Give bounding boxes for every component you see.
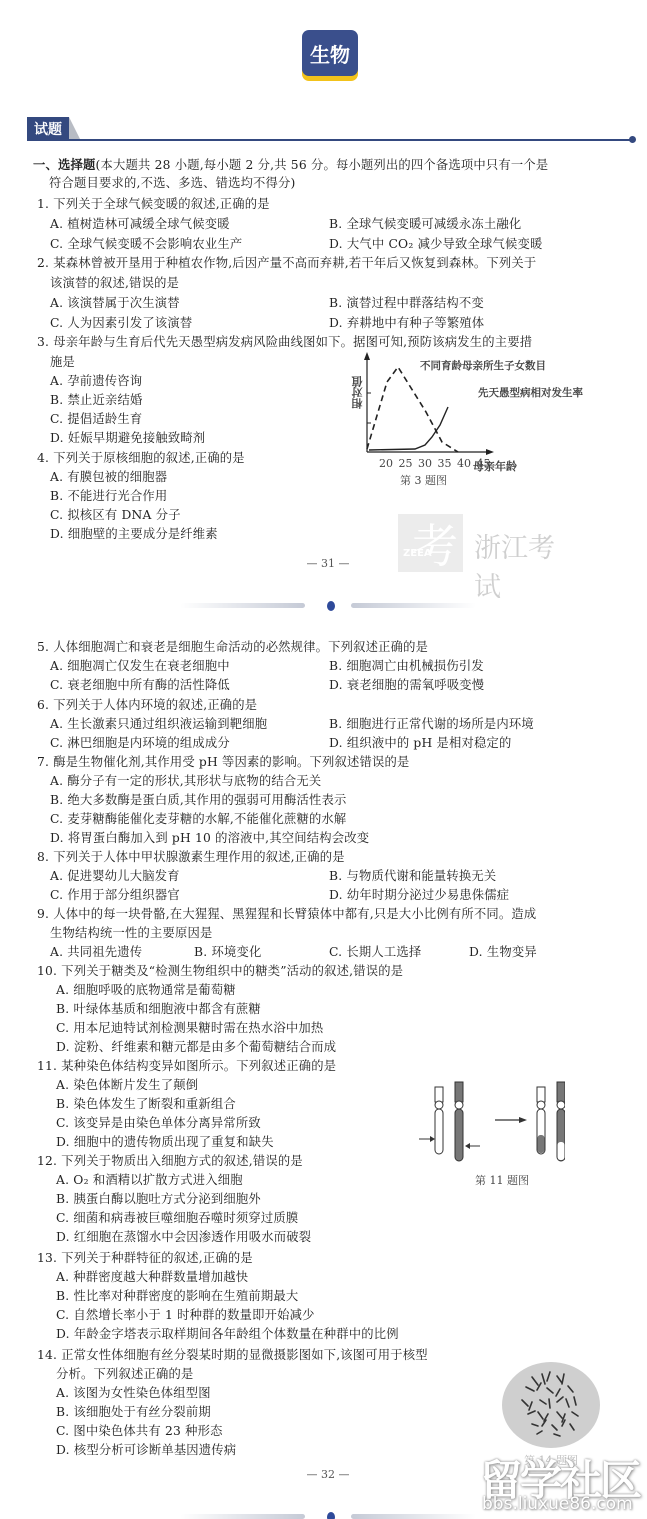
question-1-option-d: D. 大气中 CO₂ 减少导致全球气候变暖 (329, 236, 543, 252)
question-1-option-b: B. 全球气候变暖可减缓永冻土融化 (329, 216, 521, 232)
question-1-option-a: A. 植树造林可减缓全球气候变暖 (50, 216, 230, 232)
question-5-option-b: B. 细胞凋亡由机械损伤引发 (329, 658, 484, 674)
question-6-option-a: A. 生长激素只通过组织液运输到靶细胞 (50, 716, 267, 732)
question-12-option-c: C. 细菌和病毒被巨噬细胞吞噬时须穿过质膜 (56, 1210, 298, 1226)
page-divider-right-2 (351, 1514, 476, 1519)
zeea-logo-icon: 考 ZEEA (398, 514, 463, 572)
page-divider-dot-icon (327, 601, 335, 611)
question-9-stem-line1: 9. 人体中的每一块骨骼,在大猩猩、黑猩猩和长臂猿体中都有,只是大小比例有所不同… (37, 906, 536, 922)
question-4-option-a: A. 有膜包被的细胞器 (50, 469, 167, 485)
question-13-option-b: B. 性比率对种群密度的影响在生殖前期最大 (56, 1288, 298, 1304)
subject-badge: 生物 (302, 30, 358, 76)
question-3-option-b: B. 禁止近亲结婚 (50, 392, 142, 408)
watermark-liuxue86: 留学社区 bbs.liuxue86.com (480, 1448, 647, 1519)
question-2-option-c: C. 人为因素引发了该演替 (50, 315, 192, 331)
question-8-option-b: B. 与物质代谢和能量转换无关 (329, 868, 496, 884)
figure-q11-caption: 第 11 题图 (475, 1172, 529, 1188)
section-divider (69, 139, 632, 141)
figure-q3-series1-label: 不同育龄母亲所生子女数目 (420, 358, 546, 373)
question-7-option-a: A. 酶分子有一定的形状,其形状与底物的结合无关 (50, 773, 321, 789)
figure-q11-chromosome-diagram (415, 1080, 565, 1165)
question-6-option-b: B. 细胞进行正常代谢的场所是内环境 (329, 716, 534, 732)
question-4-option-b: B. 不能进行光合作用 (50, 488, 167, 504)
question-2-stem-line1: 2. 某森林曾被开垦用于种植农作物,后因产量不高而弃耕,若干年后又恢复到森林。下… (37, 255, 536, 271)
question-10-option-b: B. 叶绿体基质和细胞液中都含有蔗糖 (56, 1001, 261, 1017)
question-2-option-b: B. 演替过程中群落结构不变 (329, 295, 484, 311)
figure-q14-micrograph (502, 1362, 600, 1448)
question-4-stem: 4. 下列关于原核细胞的叙述,正确的是 (37, 450, 245, 466)
question-9-option-b: B. 环境变化 (194, 944, 261, 960)
question-6-option-d: D. 组织液中的 pH 是相对稳定的 (329, 735, 512, 751)
question-10-option-c: C. 用本尼迪特试剂检测果糖时需在热水浴中加热 (56, 1020, 323, 1036)
section-tag: 试题 (27, 117, 69, 141)
question-12-stem: 12. 下列关于物质出入细胞方式的叙述,错误的是 (37, 1153, 303, 1169)
question-10-stem: 10. 下列关于糖类及“检测生物组织中的糖类”活动的叙述,错误的是 (37, 963, 403, 979)
page-divider-right (351, 603, 476, 608)
page-divider-left-2 (180, 1514, 305, 1519)
section-tag-decoration (69, 117, 81, 141)
question-7-option-b: B. 绝大多数酶是蛋白质,其作用的强弱可用酶活性表示 (50, 792, 347, 808)
page-number-31: — 31 — (278, 557, 378, 570)
question-11-option-c: C. 该变异是由染色单体分离异常所致 (56, 1115, 261, 1131)
question-4-option-d: D. 细胞壁的主要成分是纤维素 (50, 526, 218, 542)
question-3-option-a: A. 孕前遗传咨询 (50, 373, 142, 389)
section-intro-line1: 一、选择题(本大题共 28 小题,每小题 2 分,共 56 分。每小题列出的四个… (33, 157, 548, 173)
question-10-option-a: A. 细胞呼吸的底物通常是葡萄糖 (56, 982, 236, 998)
question-2-stem-line2: 该演替的叙述,错误的是 (50, 275, 179, 291)
question-12-option-a: A. O₂ 和酒精以扩散方式进入细胞 (56, 1172, 243, 1188)
question-2-option-a: A. 该演替属于次生演替 (50, 295, 180, 311)
question-11-option-b: B. 染色体发生了断裂和重新组合 (56, 1096, 236, 1112)
question-11-option-d: D. 细胞中的遗传物质出现了重复和缺失 (56, 1134, 274, 1150)
question-9-option-a: A. 共同祖先遗传 (50, 944, 142, 960)
question-3-stem-line2: 施是 (50, 354, 75, 370)
figure-q3-ylabel: 相对值 (350, 376, 366, 409)
question-13-option-a: A. 种群密度越大种群数量增加越快 (56, 1269, 248, 1285)
question-5-option-a: A. 细胞凋亡仅发生在衰老细胞中 (50, 658, 230, 674)
page-divider-left (180, 603, 305, 608)
question-13-option-c: C. 自然增长率小于 1 时种群的数量即开始减少 (56, 1307, 315, 1323)
question-3-option-d: D. 妊娠早期避免接触致畸剂 (50, 430, 205, 446)
question-1-stem: 1. 下列关于全球气候变暖的叙述,正确的是 (37, 196, 270, 212)
question-4-option-c: C. 拟核区有 DNA 分子 (50, 507, 181, 523)
question-12-option-b: B. 胰蛋白酶以胞吐方式分泌到细胞外 (56, 1191, 261, 1207)
question-8-option-d: D. 幼年时期分泌过少易患侏儒症 (329, 887, 509, 903)
question-14-option-c: C. 图中染色体共有 23 种形态 (56, 1423, 223, 1439)
question-1-option-c: C. 全球气候变暖不会影响农业生产 (50, 236, 242, 252)
question-14-option-a: A. 该图为女性染色体组型图 (56, 1385, 211, 1401)
question-12-option-d: D. 红细胞在蒸馏水中会因渗透作用吸水而破裂 (56, 1229, 311, 1245)
question-10-option-d: D. 淀粉、纤维素和糖元都是由多个葡萄糖结合而成 (56, 1039, 336, 1055)
figure-q3-xlabel: 母亲年龄 (473, 458, 517, 474)
question-7-stem: 7. 酶是生物催化剂,其作用受 pH 等因素的影响。下列叙述错误的是 (37, 754, 409, 770)
figure-q3-caption: 第 3 题图 (400, 472, 447, 488)
question-14-option-b: B. 该细胞处于有丝分裂前期 (56, 1404, 211, 1420)
question-3-stem-line1: 3. 母亲年龄与生育后代先天愚型病发病风险曲线图如下。据图可知,预防该病发生的主… (37, 334, 532, 350)
question-14-option-d: D. 核型分析可诊断单基因遗传病 (56, 1442, 236, 1458)
question-8-option-c: C. 作用于部分组织器官 (50, 887, 180, 903)
question-11-option-a: A. 染色体断片发生了颠倒 (56, 1077, 198, 1093)
page-divider-dot-icon-2 (327, 1512, 335, 1519)
question-13-stem: 13. 下列关于种群特征的叙述,正确的是 (37, 1250, 253, 1266)
question-5-stem: 5. 人体细胞凋亡和衰老是细胞生命活动的必然规律。下列叙述正确的是 (37, 639, 428, 655)
question-13-option-d: D. 年龄金字塔表示取样期间各年龄组个体数量在种群中的比例 (56, 1326, 399, 1342)
question-6-option-c: C. 淋巴细胞是内环境的组成成分 (50, 735, 230, 751)
question-7-option-c: C. 麦芽糖酶能催化麦芽糖的水解,不能催化蔗糖的水解 (50, 811, 346, 827)
question-14-stem-line2: 分析。下列叙述正确的是 (56, 1366, 193, 1382)
section-intro-line2: 符合题目要求的,不选、多选、错选均不得分) (49, 175, 296, 191)
watermark-zhejiang-exam: 考 ZEEA 浙江考试 (398, 514, 568, 574)
figure-q3-series2-label: 先天愚型病相对发生率 (478, 385, 583, 400)
question-9-option-c: C. 长期人工选择 (329, 944, 421, 960)
question-5-option-d: D. 衰老细胞的需氧呼吸变慢 (329, 677, 484, 693)
question-6-stem: 6. 下列关于人体内环境的叙述,正确的是 (37, 697, 257, 713)
question-3-option-c: C. 提倡适龄生育 (50, 411, 142, 427)
question-11-stem: 11. 某种染色体结构变异如图所示。下列叙述正确的是 (37, 1058, 336, 1074)
question-5-option-c: C. 衰老细胞中所有酶的活性降低 (50, 677, 230, 693)
question-2-option-d: D. 弃耕地中有种子等繁殖体 (329, 315, 484, 331)
page-number-32: — 32 — (278, 1468, 378, 1481)
question-14-stem-line1: 14. 正常女性体细胞有丝分裂某时期的显微摄影图如下,该图可用于核型 (37, 1347, 428, 1363)
question-8-option-a: A. 促进婴幼儿大脑发育 (50, 868, 180, 884)
section-divider-dot-icon (629, 136, 636, 143)
question-7-option-d: D. 将胃蛋白酶加入到 pH 10 的溶液中,其空间结构会改变 (50, 830, 369, 846)
question-8-stem: 8. 下列关于人体中甲状腺激素生理作用的叙述,正确的是 (37, 849, 345, 865)
question-9-stem-line2: 生物结构统一性的主要原因是 (50, 925, 212, 941)
question-9-option-d: D. 生物变异 (469, 944, 537, 960)
